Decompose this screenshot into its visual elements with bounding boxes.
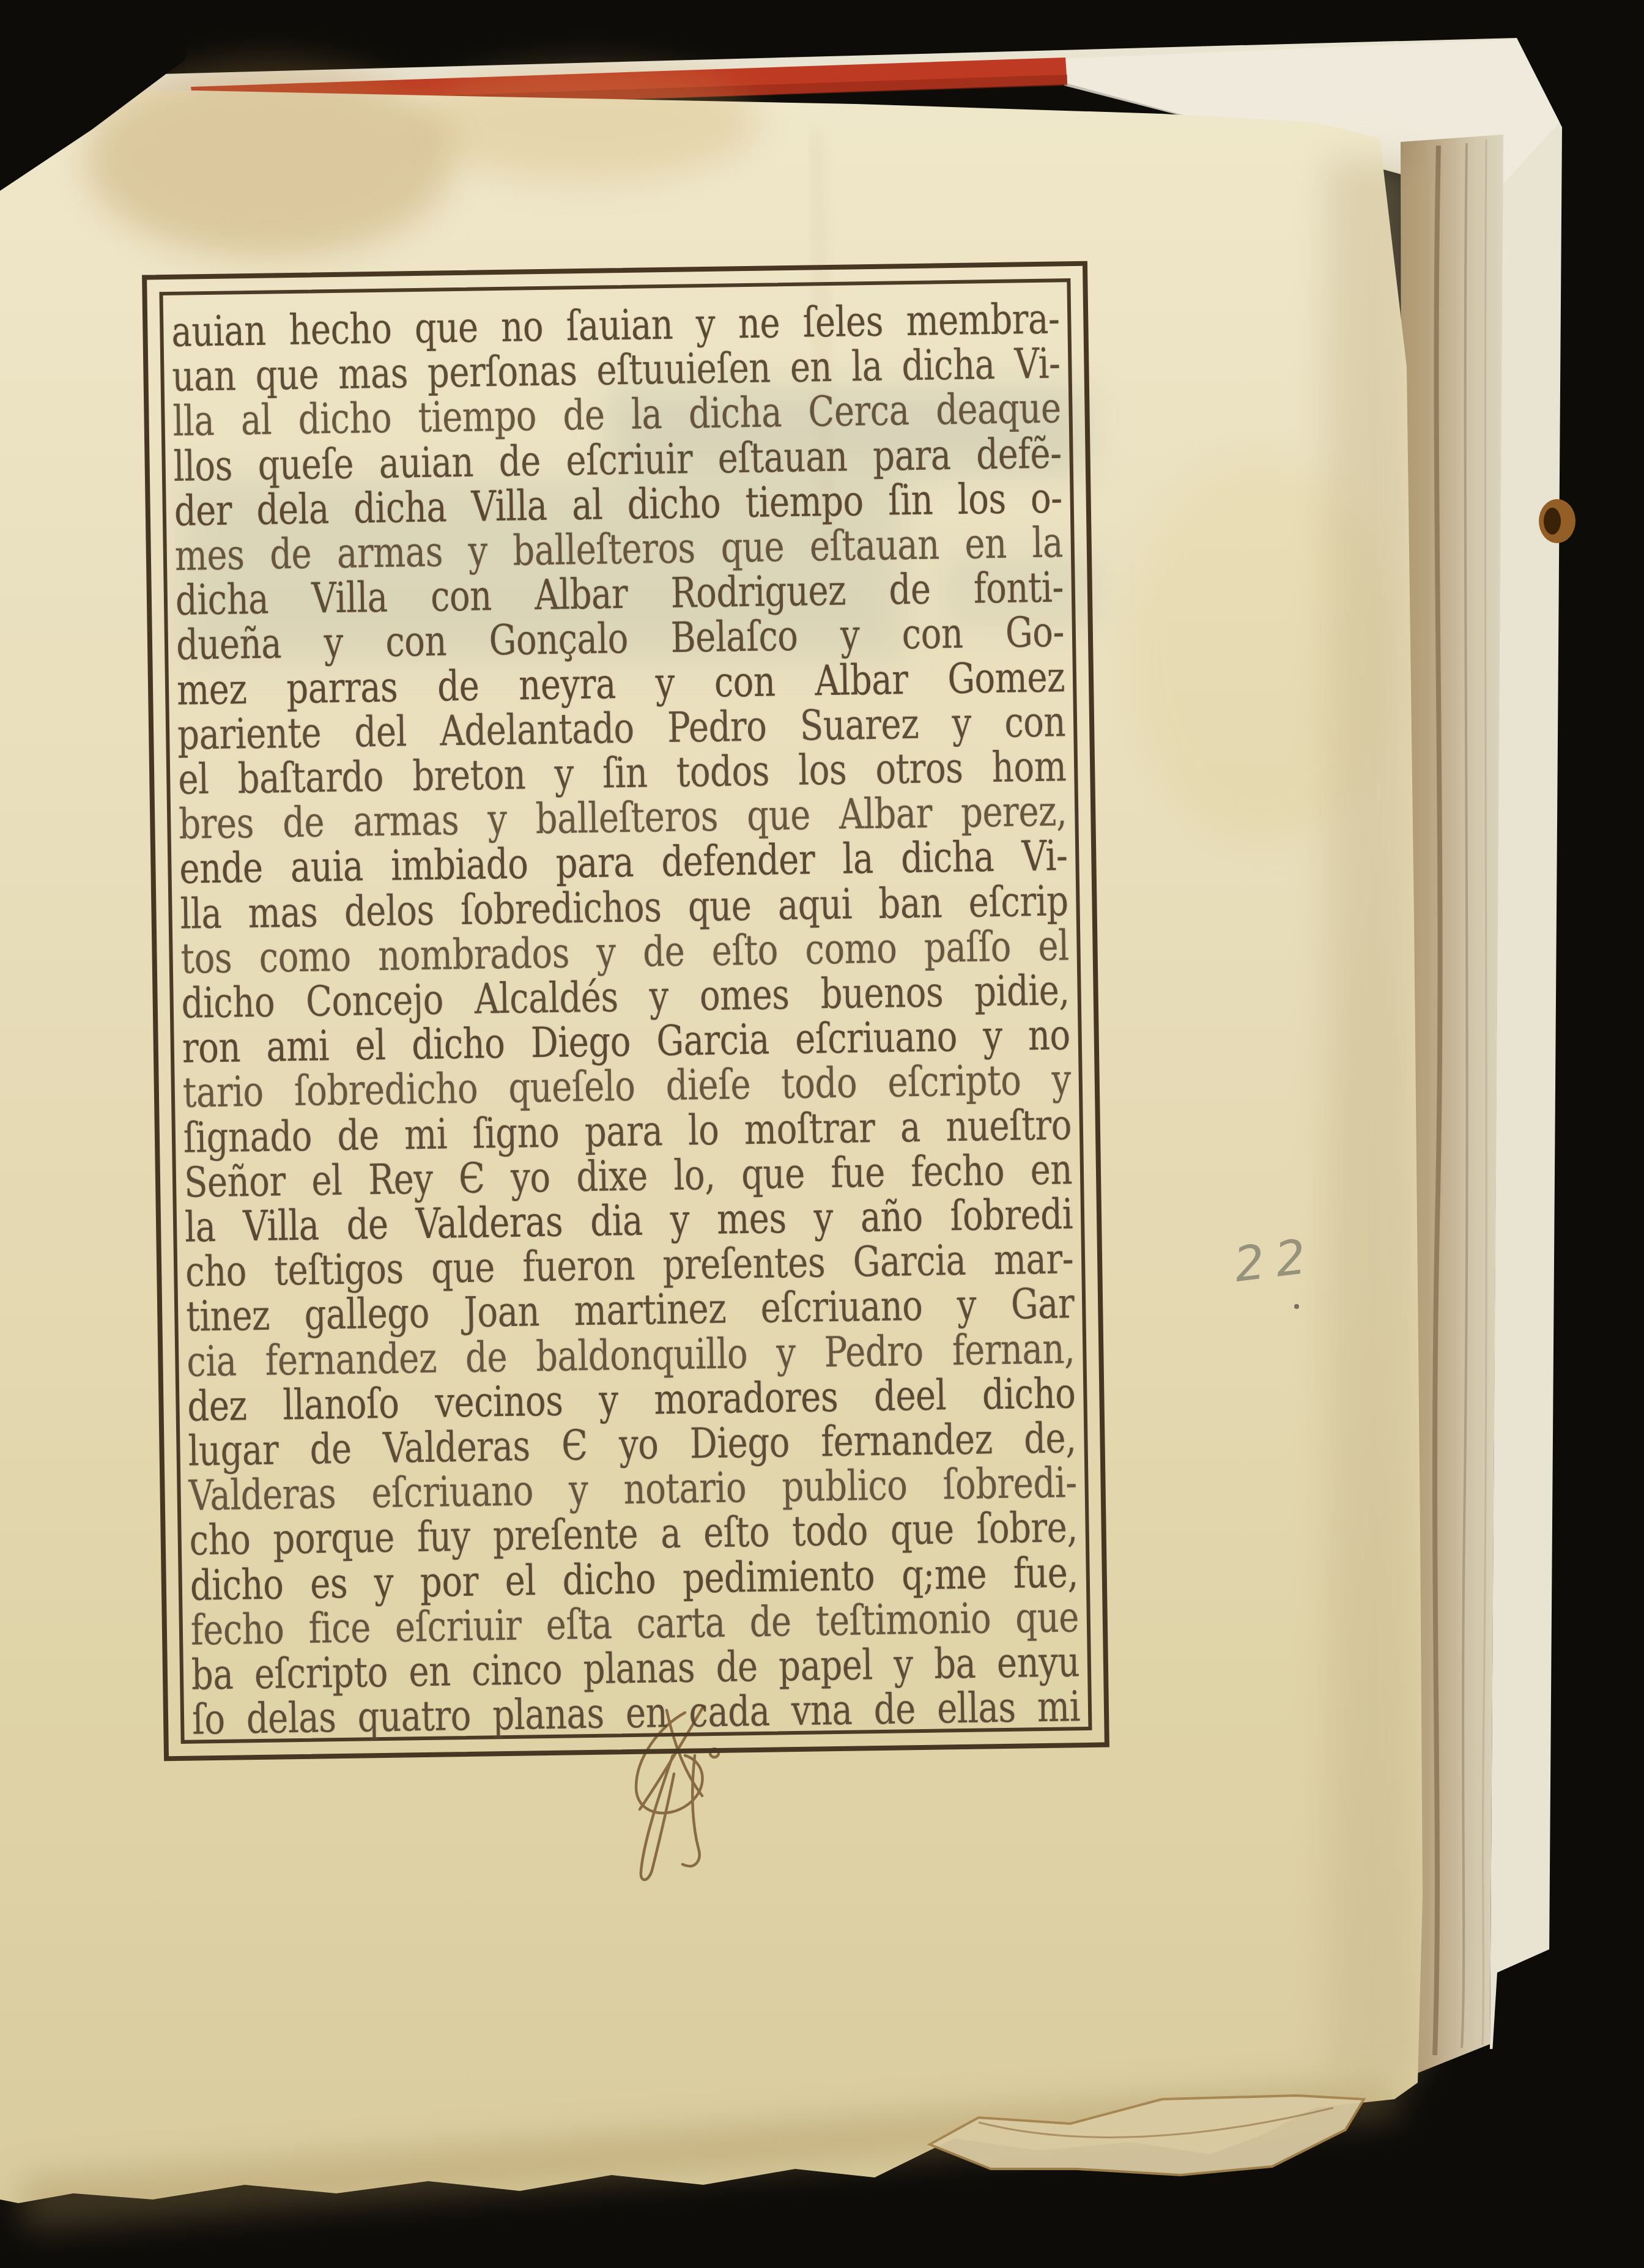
manuscript-text-block: auian hecho que no ſauian y ne ſeles mem… — [171, 297, 1081, 1743]
fore-edge-curl-shade — [1327, 159, 1419, 2073]
fore-edge-tab-core — [1544, 508, 1561, 535]
stain-top-mid — [416, 64, 758, 180]
ink-dot — [1294, 1304, 1299, 1309]
pencil-folio-number: 22 — [1232, 1232, 1320, 1289]
manuscript-photo: auian hecho que no ſauian y ne ſeles mem… — [0, 0, 1644, 2268]
ruled-border-outer: auian hecho que no ſauian y ne ſeles mem… — [142, 261, 1109, 1762]
